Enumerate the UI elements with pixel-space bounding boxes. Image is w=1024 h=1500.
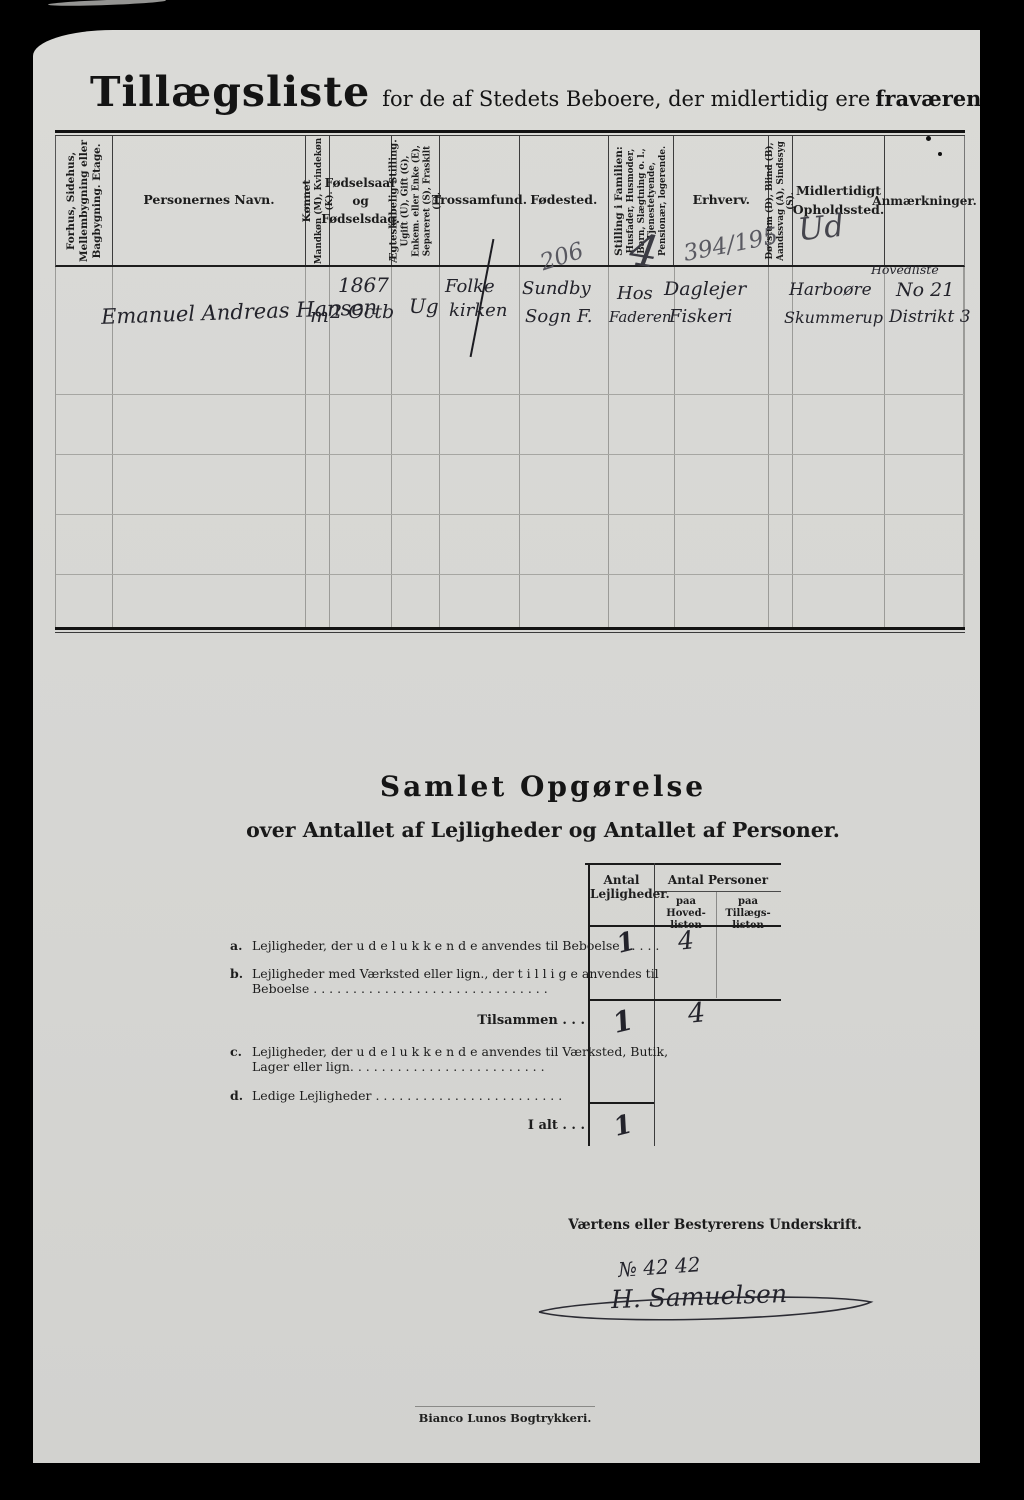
entry-faith-line1: Folke [445,276,495,297]
sumbox-totalrule [588,999,781,1001]
signature-label: Værtens eller Bestyrerens Underskrift. [565,1217,865,1233]
col-sex-label: Kønnet [300,137,313,264]
col-header-name: Personernes Navn. [113,136,306,265]
imprint-rule [415,1406,595,1407]
persons-underline [655,891,781,892]
col-occupation-label: Erhverv. [693,191,750,210]
summary-row-c: c.Lejligheder, der u d e l u k k e n d e… [230,1044,585,1074]
row-a-marker: a. [230,938,252,953]
entry-sex: m [310,303,329,327]
row-b-label-line1: Lejligheder med Værksted eller lign., de… [252,966,659,981]
table-bottom-rule-thin [55,632,965,633]
row-b-label-line2: Beboelse . . . . . . . . . . . . . . . .… [252,981,548,996]
col-marital-label: Ægteskabelig Stilling. [388,137,400,264]
row-line [56,514,964,515]
absent-persons-table: Forhus, Sidehus, Mellembygning eller Bag… [55,130,965,633]
value-a-flats: 1 [614,926,639,959]
col-header-building: Forhus, Sidehus, Mellembygning eller Bag… [56,136,113,265]
col-header-remarks: Anmærkninger. [885,136,964,265]
head-persons: Antal Personer [655,873,781,887]
table-header-row: Forhus, Sidehus, Mellembygning eller Bag… [55,136,965,267]
table-bottom-rule [55,627,965,630]
summary-subtitle: over Antallet af Lejligheder og Antallet… [193,818,893,842]
value-a-mainlist: 4 [677,925,696,956]
col-birth-line2: og [352,194,368,208]
summary-row-d: d.Ledige Lejligheder . . . . . . . . . .… [230,1088,585,1103]
sumbox-grandrule [588,1102,654,1104]
col-birth-line1: Fødselsaar [325,176,397,190]
entry-stay-line1: Harboøre [789,280,872,300]
form-title-bold-end: fraværende. [875,86,980,111]
entry-stay-line2: Skummerup [784,308,883,327]
scan-edge-artifact [48,0,166,7]
entry-birth-day: 2 Octb [330,301,394,323]
value-total-flats: 1 [609,1003,636,1040]
col-building-label: Forhus, Sidehus, Mellembygning eller Bag… [65,137,103,264]
form-title-rest: for de af Stedets Beboere, der midlertid… [382,87,870,111]
col-birthplace-label: Fødested. [530,191,597,210]
form-title: Tillægslistefor de af Stedets Beboere, d… [90,68,970,116]
col-family-label: Stilling i Familien: [613,137,626,264]
head-mainlist-line1: paa Hoved- [666,896,705,919]
form-title-main: Tillægsliste [90,68,370,116]
row-b-marker: b. [230,966,252,981]
row-line [56,574,964,575]
summary-row-a: a.Lejligheder, der u d e l u k k e n d e… [230,938,585,953]
col-faith-label: Trossamfund. [432,191,527,210]
census-form-page: Tillægslistefor de af Stedets Beboere, d… [33,30,980,1463]
stray-mark-4: Ud [796,208,845,249]
row-d-marker: d. [230,1088,252,1103]
printer-imprint: Bianco Lunos Bogtrykkeri. [395,1411,615,1425]
entry-family-line1: Hos [617,283,653,304]
body-col-marital [392,267,440,627]
col-name-label: Personernes Navn. [143,191,274,210]
entry-remark-line2: Distrikt 3 [889,307,971,327]
row-c-marker: c. [230,1044,252,1059]
head-flats: Antal Lejligheder. [590,873,653,901]
col-stay-line1: Midlertidigt [796,183,881,198]
summary-title: Samlet Opgørelse [293,770,793,803]
table-top-rule [55,130,965,133]
head-suppllist-line1: paa Tillægs- [725,896,770,919]
row-a-label: Lejligheder, der u d e l u k k e n d e a… [252,938,659,953]
row-line [56,394,964,395]
entry-occupation-line2: Fiskeri [669,306,732,327]
entry-marital: Ug [409,294,439,318]
row-c-label-line2: Lager eller lign. . . . . . . . . . . . … [252,1059,545,1074]
value-total-mainlist: 4 [686,997,706,1030]
sumbox-top-rule [585,863,781,865]
head-suppllist: paa Tillægs- listen [717,896,779,932]
entry-remark-line1: No 21 [896,279,954,301]
row-c-label-line1: Lejligheder, der u d e l u k k e n d e a… [252,1044,668,1059]
head-flats-line1: Antal [604,873,640,887]
entry-family-line2: Faderen [609,308,672,326]
sumbox-mid-rule [654,863,655,1146]
summary-row-total-label: Tilsammen . . . [385,1013,585,1028]
row-line [56,454,964,455]
entry-birthplace-line2: Sogn F. [525,306,592,327]
col-header-faith: Trossamfund. [440,136,520,265]
row-d-label: Ledige Lejligheder . . . . . . . . . . .… [252,1088,562,1103]
entry-birth-year: 1867 [338,273,389,297]
entry-birthplace-line1: Sundby [522,278,591,299]
summary-row-grand-label: I alt . . . [385,1118,585,1133]
value-grand-flats: 1 [611,1109,636,1142]
summary-row-b: b.Lejligheder med Værksted eller lign., … [230,966,585,996]
head-suppllist-line2: listen [732,920,763,931]
signature-name: H. Samuelsen [611,1279,788,1314]
body-col-faith [440,267,520,627]
entry-remark-line0: Hovedliste [871,262,939,277]
col-header-birth: Fødselsaar og Fødselsdag. [330,136,392,265]
col-remarks-label: Anmærkninger. [872,192,977,210]
entry-occupation-line1: Daglejer [664,278,746,300]
